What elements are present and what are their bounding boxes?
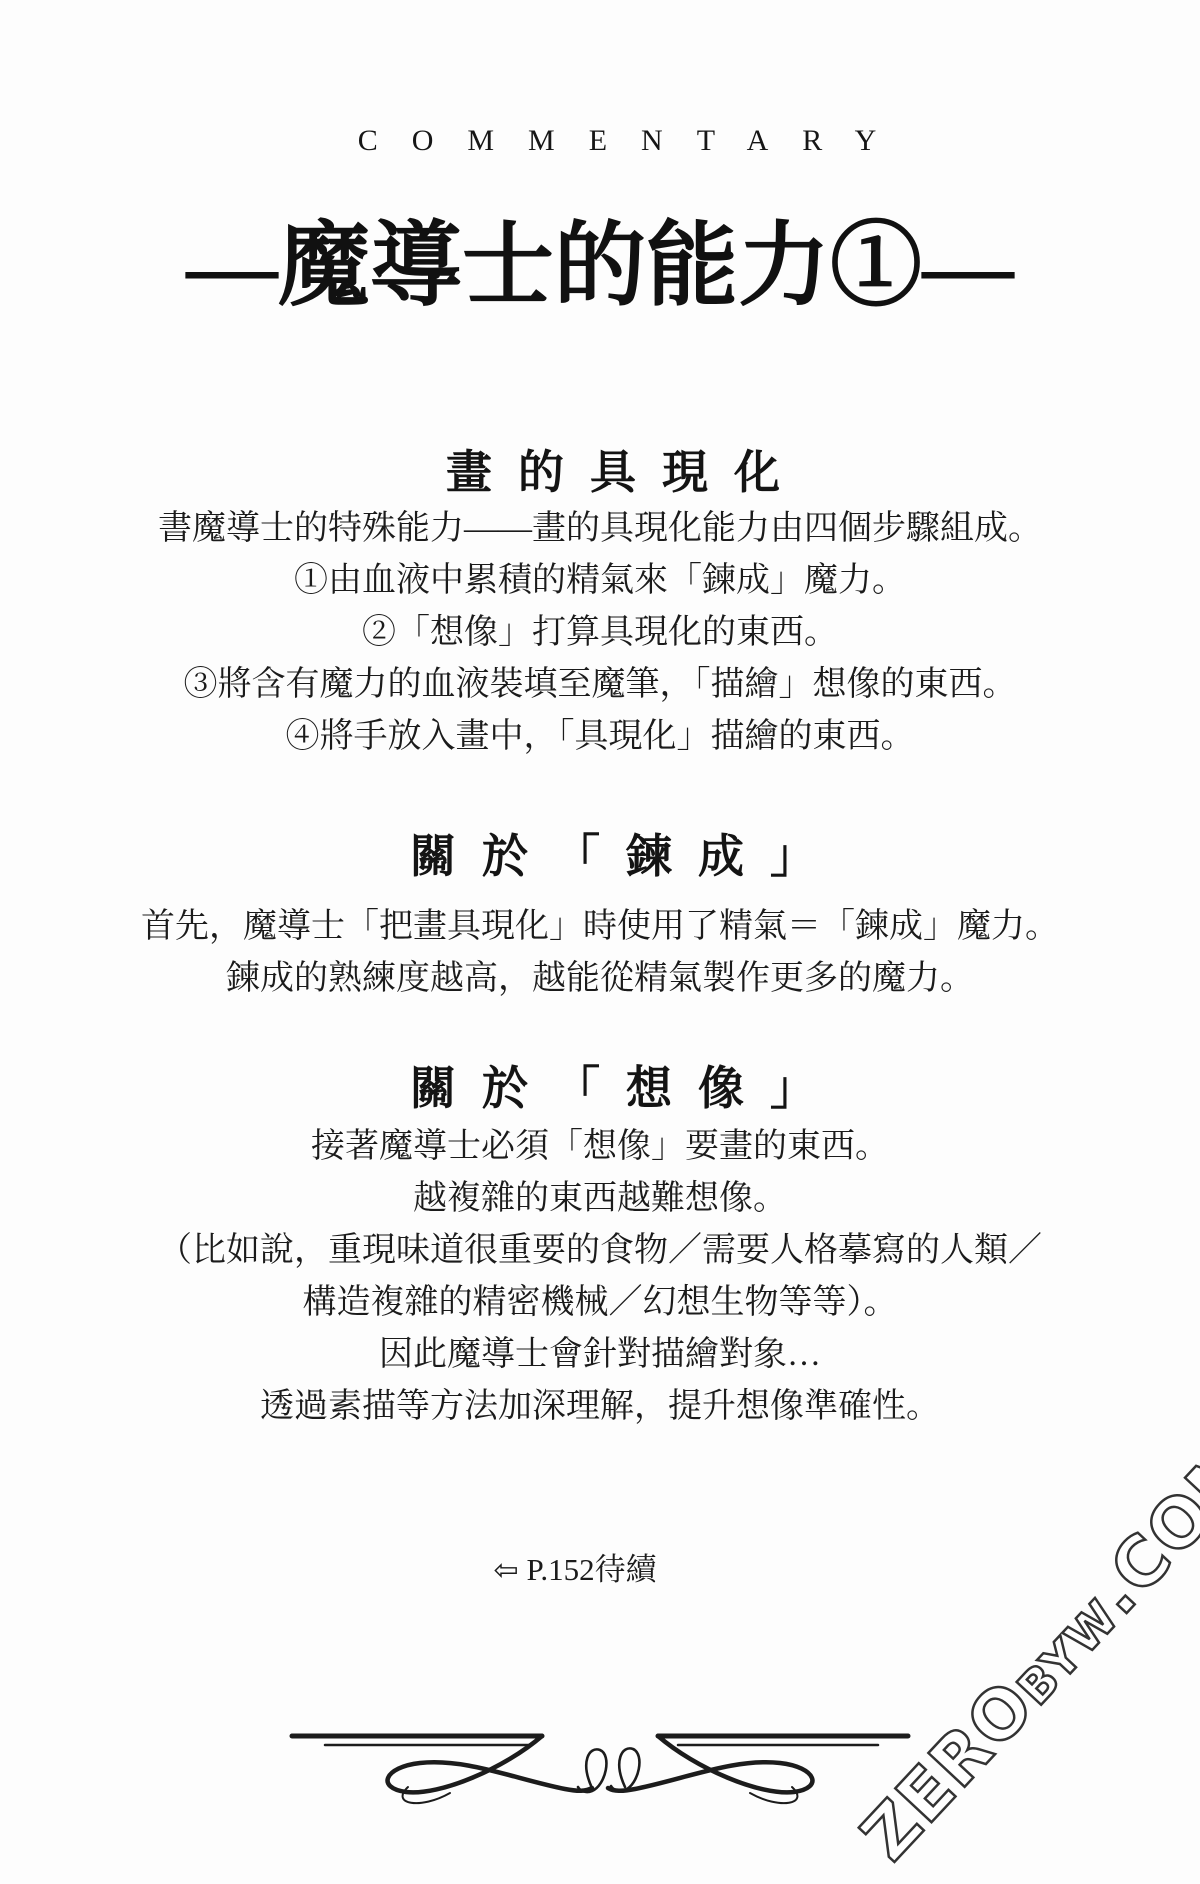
body-line: 首先，魔導士「把畫具現化」時使用了精氣＝「鍊成」魔力。 <box>0 898 1200 947</box>
site-watermark: ZEROBYW.COM <box>847 1427 1200 1876</box>
page-title: —魔導士的能力①— <box>0 192 1200 324</box>
section-heading: 關於「想像」 <box>0 1052 1200 1118</box>
body-line: 接著魔導士必須「想像」要畫的東西。 <box>0 1118 1200 1167</box>
body-line: 書魔導士的特殊能力——畫的具現化能力由四個步驟組成。 <box>0 500 1200 549</box>
body-line: ①由血液中累積的精氣來「鍊成」魔力。 <box>0 552 1200 601</box>
section-heading: 關於「鍊成」 <box>0 820 1200 886</box>
body-line: 構造複雜的精密機械／幻想生物等等）。 <box>0 1274 1200 1323</box>
body-line: 越複雜的東西越難想像。 <box>0 1170 1200 1219</box>
continuation-label: P.152待續 <box>527 1552 657 1587</box>
manga-commentary-page: COMMENTARY —魔導士的能力①— 畫的具現化 書魔導士的特殊能力——畫的… <box>0 0 1200 1884</box>
calligraphic-divider <box>280 1716 920 1812</box>
continuation-note: ⇦P.152待續 <box>0 1544 1175 1589</box>
left-white-arrow-icon: ⇦ <box>493 1553 518 1588</box>
body-line: 因此魔導士會針對描繪對象… <box>0 1326 1200 1375</box>
body-line: 透過素描等方法加深理解，提升想像準確性。 <box>0 1378 1200 1427</box>
body-line: ③將含有魔力的血液裝填至魔筆，「描繪」想像的東西。 <box>0 656 1200 705</box>
commentary-header: COMMENTARY <box>0 124 1200 158</box>
body-line: （比如說，重現味道很重要的食物／需要人格摹寫的人類／ <box>0 1222 1200 1271</box>
body-line: ④將手放入畫中，「具現化」描繪的東西。 <box>0 708 1200 757</box>
body-line: ②「想像」打算具現化的東西。 <box>0 604 1200 653</box>
body-line: 鍊成的熟練度越高，越能從精氣製作更多的魔力。 <box>0 950 1200 999</box>
section-heading: 畫的具現化 <box>0 436 1200 502</box>
